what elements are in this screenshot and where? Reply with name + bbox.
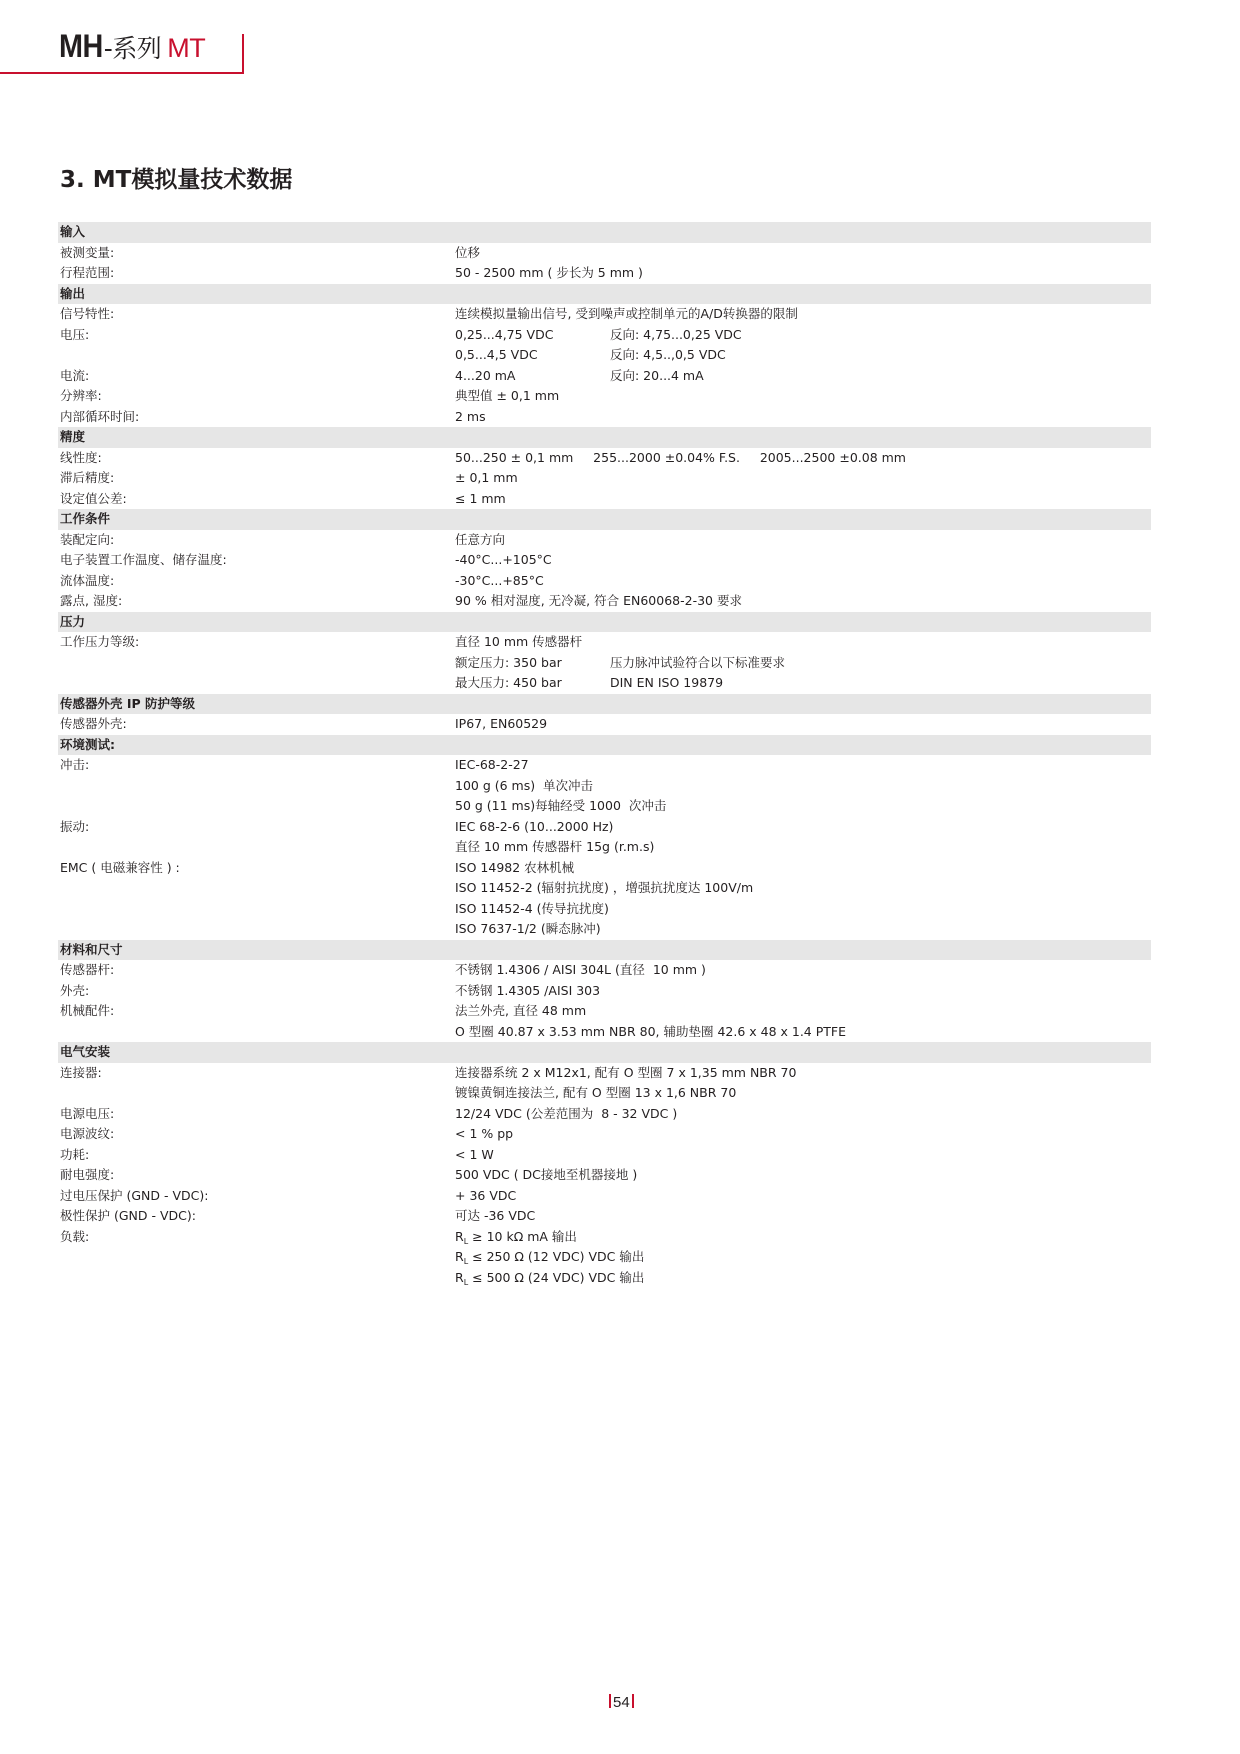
row-label: 分辨率:: [60, 386, 102, 407]
row-label: 机械配件:: [60, 1001, 114, 1022]
row-label: 内部循环时间:: [60, 407, 139, 428]
table-row-fittings-2: O 型圈 40.87 x 3.53 mm NBR 80, 辅助垫圈 42.6 x…: [58, 1022, 1151, 1043]
row-label: 功耗:: [60, 1145, 89, 1166]
table-row-supply-voltage: 电源电压: 12/24 VDC (公差范围为 8 - 32 VDC ): [58, 1104, 1151, 1125]
row-value-reverse: 反向: 4,5..,0,5 VDC: [610, 345, 726, 366]
table-row-stroke-range: 行程范围: 50 - 2500 mm ( 步长为 5 mm ): [58, 263, 1151, 284]
table-row-housing-ip: 传感器外壳: IP67, EN60529: [58, 714, 1151, 735]
row-label: 负载:: [60, 1227, 89, 1248]
section-heading-ip: 传感器外壳 IP 防护等级: [58, 694, 1151, 715]
row-value: IEC-68-2-27: [455, 755, 529, 776]
table-row-resolution: 分辨率: 典型值 ± 0,1 mm: [58, 386, 1151, 407]
row-label: 设定值公差:: [60, 489, 127, 510]
load-value: ≤ 250 Ω (12 VDC) VDC 输出: [468, 1249, 644, 1264]
table-row-fluid-temp: 流体温度: -30°C...+85°C: [58, 571, 1151, 592]
row-value: 典型值 ± 0,1 mm: [455, 386, 559, 407]
row-value: < 1 W: [455, 1145, 494, 1166]
row-label: 电流:: [60, 366, 89, 387]
row-label: 传感器外壳:: [60, 714, 127, 735]
row-label: 工作压力等级:: [60, 632, 139, 653]
row-label: 被测变量:: [60, 243, 114, 264]
row-value: ± 0,1 mm: [455, 468, 518, 489]
row-value: 最大压力: 450 bar: [455, 673, 562, 694]
table-row-voltage-2: 0,5...4,5 VDC 反向: 4,5..,0,5 VDC: [58, 345, 1151, 366]
section-label: 输出: [60, 284, 85, 305]
row-value-reverse: 反向: 20...4 mA: [610, 366, 704, 387]
section-heading-electrical: 电气安装: [58, 1042, 1151, 1063]
row-value: O 型圈 40.87 x 3.53 mm NBR 80, 辅助垫圈 42.6 x…: [455, 1022, 846, 1043]
row-value: 位移: [455, 243, 480, 264]
table-row-emc-2: ISO 11452-2 (辐射抗扰度) ，增强抗扰度达 100V/m: [58, 878, 1151, 899]
row-value-note: 压力脉冲试验符合以下标准要求: [610, 653, 785, 674]
page-number-value: 54: [613, 1694, 630, 1711]
row-value: 直径 10 mm 传感器杆 15g (r.m.s): [455, 837, 654, 858]
row-label: 耐电强度:: [60, 1165, 114, 1186]
table-row-pressure-max: 最大压力: 450 bar DIN EN ISO 19879: [58, 673, 1151, 694]
row-value: 0,5...4,5 VDC: [455, 345, 538, 366]
table-row-linearity: 线性度: 50...250 ± 0,1 mm 255...2000 ±0.04%…: [58, 448, 1151, 469]
table-row-signal: 信号特性: 连续模拟量输出信号, 受到噪声或控制单元的A/D转换器的限制: [58, 304, 1151, 325]
row-value: 50 - 2500 mm ( 步长为 5 mm ): [455, 263, 643, 284]
section-label: 电气安装: [60, 1042, 110, 1063]
series-title-cn: -系列: [104, 34, 162, 63]
page-number-bar-left: [609, 1694, 611, 1708]
table-row-vibration: 振动: IEC 68-2-6 (10...2000 Hz): [58, 817, 1151, 838]
section-label: 工作条件: [60, 509, 110, 530]
table-row-load: 负载: RL ≥ 10 kΩ mA 输出: [58, 1227, 1151, 1248]
row-value: 镀镍黄铜连接法兰, 配有 O 型圈 13 x 1,6 NBR 70: [455, 1083, 736, 1104]
table-row-connector-2: 镀镍黄铜连接法兰, 配有 O 型圈 13 x 1,6 NBR 70: [58, 1083, 1151, 1104]
table-row-hysteresis: 滞后精度: ± 0,1 mm: [58, 468, 1151, 489]
table-row-rod: 传感器杆: 不锈钢 1.4306 / AISI 304L (直径 10 mm ): [58, 960, 1151, 981]
table-row-fittings: 机械配件: 法兰外壳, 直径 48 mm: [58, 1001, 1151, 1022]
row-value: RL ≥ 10 kΩ mA 输出: [455, 1227, 577, 1248]
row-label: 电子装置工作温度、储存温度:: [60, 550, 227, 571]
section-heading-materials: 材料和尺寸: [58, 940, 1151, 961]
section-label: 精度: [60, 427, 85, 448]
table-row-shock: 冲击: IEC-68-2-27: [58, 755, 1151, 776]
table-row-shock-2: 100 g (6 ms) 单次冲击: [58, 776, 1151, 797]
row-label: 线性度:: [60, 448, 102, 469]
row-value: 可达 -36 VDC: [455, 1206, 535, 1227]
row-value: IP67, EN60529: [455, 714, 547, 735]
row-value: ISO 14982 农林机械: [455, 858, 574, 879]
row-value: 90 % 相对湿度, 无冷凝, 符合 EN60068-2-30 要求: [455, 591, 742, 612]
row-label: 外壳:: [60, 981, 89, 1002]
section-heading-accuracy: 精度: [58, 427, 1151, 448]
page-number: 54: [607, 1694, 636, 1712]
row-value: 500 VDC ( DC接地至机器接地 ): [455, 1165, 637, 1186]
row-label: 电源电压:: [60, 1104, 114, 1125]
table-row-cycle-time: 内部循环时间: 2 ms: [58, 407, 1151, 428]
row-value: 连接器系统 2 x M12x1, 配有 O 型圈 7 x 1,35 mm NBR…: [455, 1063, 796, 1084]
row-label: 电压:: [60, 325, 89, 346]
row-value: RL ≤ 500 Ω (24 VDC) VDC 输出: [455, 1268, 644, 1289]
row-label: 流体温度:: [60, 571, 114, 592]
table-row-emc-4: ISO 7637-1/2 (瞬态脉冲): [58, 919, 1151, 940]
table-row-electronics-temp: 电子装置工作温度、储存温度: -40°C...+105°C: [58, 550, 1151, 571]
spec-table: 输入 被测变量: 位移 行程范围: 50 - 2500 mm ( 步长为 5 m…: [58, 222, 1151, 1288]
table-row-pressure-rated: 额定压力: 350 bar 压力脉冲试验符合以下标准要求: [58, 653, 1151, 674]
table-row-setpoint-tolerance: 设定值公差: ≤ 1 mm: [58, 489, 1151, 510]
row-value: 50...250 ± 0,1 mm 255...2000 ±0.04% F.S.…: [455, 448, 906, 469]
row-value: 连续模拟量输出信号, 受到噪声或控制单元的A/D转换器的限制: [455, 304, 798, 325]
load-value: ≤ 500 Ω (24 VDC) VDC 输出: [468, 1270, 644, 1285]
row-value: 2 ms: [455, 407, 486, 428]
table-row-measured-variable: 被测变量: 位移: [58, 243, 1151, 264]
row-value: RL ≤ 250 Ω (12 VDC) VDC 输出: [455, 1247, 644, 1268]
page-number-bar-right: [632, 1694, 634, 1708]
section-label: 材料和尺寸: [60, 940, 123, 961]
table-row-shock-3: 50 g (11 ms)每轴经受 1000 次冲击: [58, 796, 1151, 817]
table-row-orientation: 装配定向: 任意方向: [58, 530, 1151, 551]
series-title: MH-系列MT: [59, 26, 205, 69]
table-row-housing-material: 外壳: 不锈钢 1.4305 /AISI 303: [58, 981, 1151, 1002]
row-label: 露点, 湿度:: [60, 591, 122, 612]
header-underline: [0, 72, 244, 74]
table-row-voltage: 电压: 0,25...4,75 VDC 反向: 4,75...0,25 VDC: [58, 325, 1151, 346]
section-label: 传感器外壳 IP 防护等级: [60, 694, 195, 715]
table-row-vibration-2: 直径 10 mm 传感器杆 15g (r.m.s): [58, 837, 1151, 858]
table-row-load-2: RL ≤ 250 Ω (12 VDC) VDC 输出: [58, 1247, 1151, 1268]
section-title: 3. MT模拟量技术数据: [60, 165, 292, 195]
row-value: 100 g (6 ms) 单次冲击: [455, 776, 593, 797]
row-value: 直径 10 mm 传感器杆: [455, 632, 582, 653]
table-row-pressure-rating: 工作压力等级: 直径 10 mm 传感器杆: [58, 632, 1151, 653]
row-label: 过电压保护 (GND - VDC):: [60, 1186, 208, 1207]
table-row-humidity: 露点, 湿度: 90 % 相对湿度, 无冷凝, 符合 EN60068-2-30 …: [58, 591, 1151, 612]
table-row-load-3: RL ≤ 500 Ω (24 VDC) VDC 输出: [58, 1268, 1151, 1289]
section-heading-operating: 工作条件: [58, 509, 1151, 530]
row-value: ISO 11452-4 (传导抗扰度): [455, 899, 609, 920]
table-row-emc: EMC ( 电磁兼容性 ) : ISO 14982 农林机械: [58, 858, 1151, 879]
row-value-note: DIN EN ISO 19879: [610, 673, 723, 694]
table-row-dielectric: 耐电强度: 500 VDC ( DC接地至机器接地 ): [58, 1165, 1151, 1186]
table-row-polarity: 极性保护 (GND - VDC): 可达 -36 VDC: [58, 1206, 1151, 1227]
row-value-reverse: 反向: 4,75...0,25 VDC: [610, 325, 742, 346]
row-label: 电源波纹:: [60, 1124, 114, 1145]
header-vertical-bar: [242, 34, 244, 74]
row-label: 振动:: [60, 817, 89, 838]
table-row-current: 电流: 4...20 mA 反向: 20...4 mA: [58, 366, 1151, 387]
series-title-bold: MH: [59, 26, 103, 66]
row-label: 传感器杆:: [60, 960, 114, 981]
row-value: 不锈钢 1.4306 / AISI 304L (直径 10 mm ): [455, 960, 706, 981]
row-label: 装配定向:: [60, 530, 114, 551]
row-label: EMC ( 电磁兼容性 ) :: [60, 858, 180, 879]
row-value: < 1 % pp: [455, 1124, 513, 1145]
row-value: 任意方向: [455, 530, 505, 551]
table-row-overvoltage: 过电压保护 (GND - VDC): + 36 VDC: [58, 1186, 1151, 1207]
load-symbol: R: [455, 1249, 464, 1264]
section-label: 输入: [60, 222, 85, 243]
row-label: 极性保护 (GND - VDC):: [60, 1206, 196, 1227]
section-heading-pressure: 压力: [58, 612, 1151, 633]
section-label: 压力: [60, 612, 85, 633]
row-value: 12/24 VDC (公差范围为 8 - 32 VDC ): [455, 1104, 677, 1125]
row-value: + 36 VDC: [455, 1186, 516, 1207]
section-label: 环境测试:: [60, 735, 115, 756]
load-symbol: R: [455, 1270, 464, 1285]
row-label: 连接器:: [60, 1063, 102, 1084]
row-value: 50 g (11 ms)每轴经受 1000 次冲击: [455, 796, 666, 817]
row-value: -30°C...+85°C: [455, 571, 544, 592]
row-value: ≤ 1 mm: [455, 489, 506, 510]
row-value: ISO 11452-2 (辐射抗扰度) ，增强抗扰度达 100V/m: [455, 878, 753, 899]
row-value: 不锈钢 1.4305 /AISI 303: [455, 981, 600, 1002]
section-heading-output: 输出: [58, 284, 1151, 305]
row-label: 冲击:: [60, 755, 89, 776]
row-label: 滞后精度:: [60, 468, 114, 489]
row-value: 0,25...4,75 VDC: [455, 325, 553, 346]
section-heading-environment: 环境测试:: [58, 735, 1151, 756]
load-value: ≥ 10 kΩ mA 输出: [468, 1229, 577, 1244]
row-value: -40°C...+105°C: [455, 550, 552, 571]
table-row-ripple: 电源波纹: < 1 % pp: [58, 1124, 1151, 1145]
row-value: IEC 68-2-6 (10...2000 Hz): [455, 817, 613, 838]
row-label: 信号特性:: [60, 304, 114, 325]
row-value: 法兰外壳, 直径 48 mm: [455, 1001, 586, 1022]
table-row-power: 功耗: < 1 W: [58, 1145, 1151, 1166]
table-row-emc-3: ISO 11452-4 (传导抗扰度): [58, 899, 1151, 920]
row-value: 额定压力: 350 bar: [455, 653, 562, 674]
row-value: ISO 7637-1/2 (瞬态脉冲): [455, 919, 601, 940]
load-symbol: R: [455, 1229, 464, 1244]
page-header: MH-系列MT: [0, 0, 244, 76]
series-title-accent: MT: [167, 33, 205, 63]
table-row-connector: 连接器: 连接器系统 2 x M12x1, 配有 O 型圈 7 x 1,35 m…: [58, 1063, 1151, 1084]
row-label: 行程范围:: [60, 263, 114, 284]
section-heading-input: 输入: [58, 222, 1151, 243]
row-value: 4...20 mA: [455, 366, 515, 387]
